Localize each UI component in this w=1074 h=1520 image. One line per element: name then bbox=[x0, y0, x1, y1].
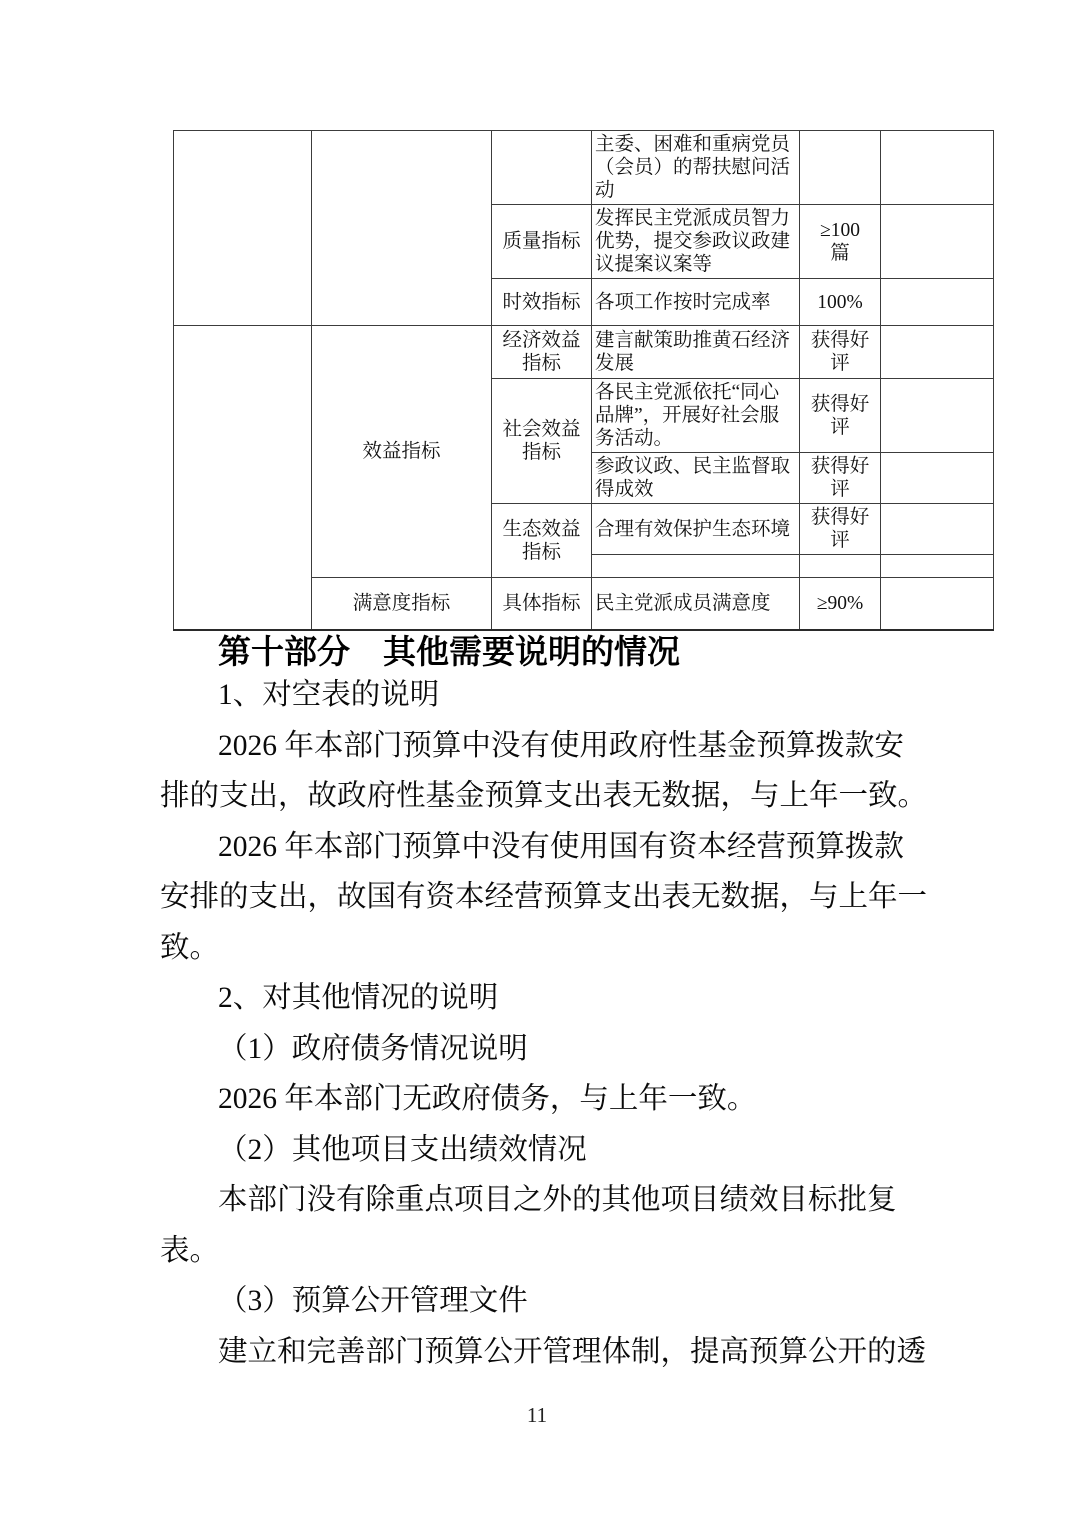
body-line: 表。 bbox=[160, 1226, 1000, 1277]
cell-target-value: 获得好 评 bbox=[800, 504, 881, 555]
cell-indicator-desc: 建言献策助推黄石经济发展 bbox=[592, 326, 800, 379]
body-line: 1、对空表的说明 bbox=[160, 670, 1000, 721]
cell-indicator-desc: 发挥民主党派成员智力优势，提交参政议政建议提案议案等 bbox=[592, 205, 800, 279]
cell-empty bbox=[881, 555, 994, 578]
cell-category-benefit: 效益指标 bbox=[312, 326, 492, 578]
cell-target-empty bbox=[800, 131, 881, 205]
body-line: 2026 年本部门预算中没有使用国有资本经营预算拨款 bbox=[160, 822, 1000, 873]
page-number: 11 bbox=[0, 1402, 1074, 1428]
body-line: （3）预算公开管理文件 bbox=[160, 1276, 1000, 1327]
cell-empty bbox=[881, 453, 994, 504]
cell-indicator-desc: 各民主党派依托“同心品牌”，开展好社会服务活动。 bbox=[592, 379, 800, 453]
body-line: 安排的支出，故国有资本经营预算支出表无数据，与上年一 bbox=[160, 872, 1000, 923]
cell-indicator-type: 社会效益 指标 bbox=[492, 379, 592, 504]
cell-indicator-type: 具体指标 bbox=[492, 578, 592, 630]
cell-indicator-desc: 主委、困难和重病党员（会员）的帮扶慰问活动 bbox=[592, 131, 800, 205]
cell-empty bbox=[881, 205, 994, 279]
body-line: （2）其他项目支出绩效情况 bbox=[160, 1125, 1000, 1176]
cell-group-empty bbox=[174, 326, 312, 630]
cell-target-value: 100% bbox=[800, 279, 881, 326]
cell-target-value: ≥100 篇 bbox=[800, 205, 881, 279]
performance-table: 主委、困难和重病党员（会员）的帮扶慰问活动 质量指标 发挥民主党派成员智力优势，… bbox=[173, 130, 994, 631]
cell-empty bbox=[881, 326, 994, 379]
cell-indicator-type: 质量指标 bbox=[492, 205, 592, 279]
document-page: 主委、困难和重病党员（会员）的帮扶慰问活动 质量指标 发挥民主党派成员智力优势，… bbox=[0, 0, 1074, 1520]
cell-empty bbox=[881, 578, 994, 630]
body-line: 2、对其他情况的说明 bbox=[160, 973, 1000, 1024]
body-line: （1）政府债务情况说明 bbox=[160, 1024, 1000, 1075]
cell-indicator-type: 生态效益 指标 bbox=[492, 504, 592, 578]
cell-indicator-type: 时效指标 bbox=[492, 279, 592, 326]
body-line: 本部门没有除重点项目之外的其他项目绩效目标批复 bbox=[160, 1175, 1000, 1226]
body-line: 2026 年本部门无政府债务，与上年一致。 bbox=[160, 1074, 1000, 1125]
cell-empty bbox=[881, 131, 994, 205]
cell-indicator-type-empty bbox=[492, 131, 592, 205]
cell-target-value: 获得好 评 bbox=[800, 379, 881, 453]
cell-indicator-type: 经济效益 指标 bbox=[492, 326, 592, 379]
cell-indicator-desc: 参政议政、民主监督取得成效 bbox=[592, 453, 800, 504]
cell-indicator-desc: 各项工作按时完成率 bbox=[592, 279, 800, 326]
body-line: 致。 bbox=[160, 923, 1000, 974]
cell-target-value: 获得好 评 bbox=[800, 326, 881, 379]
cell-indicator-desc-empty bbox=[592, 555, 800, 578]
cell-category-satisfaction: 满意度指标 bbox=[312, 578, 492, 630]
cell-indicator-desc: 合理有效保护生态环境 bbox=[592, 504, 800, 555]
body-text: 1、对空表的说明 2026 年本部门预算中没有使用政府性基金预算拨款安 排的支出… bbox=[160, 670, 1000, 1377]
body-line: 2026 年本部门预算中没有使用政府性基金预算拨款安 bbox=[160, 721, 1000, 772]
cell-indicator-desc: 民主党派成员满意度 bbox=[592, 578, 800, 630]
body-line: 排的支出，故政府性基金预算支出表无数据，与上年一致。 bbox=[160, 771, 1000, 822]
cell-target-value: 获得好 评 bbox=[800, 453, 881, 504]
cell-category-empty bbox=[312, 131, 492, 326]
cell-empty bbox=[881, 379, 994, 453]
section-heading: 第十部分 其他需要说明的情况 bbox=[218, 633, 680, 671]
performance-indicators-table: 主委、困难和重病党员（会员）的帮扶慰问活动 质量指标 发挥民主党派成员智力优势，… bbox=[173, 130, 993, 613]
cell-target-value: ≥90% bbox=[800, 578, 881, 630]
body-line: 建立和完善部门预算公开管理体制，提高预算公开的透 bbox=[160, 1327, 1000, 1378]
cell-empty bbox=[881, 504, 994, 555]
cell-empty bbox=[881, 279, 994, 326]
cell-target-empty bbox=[800, 555, 881, 578]
cell-group-empty bbox=[174, 131, 312, 326]
